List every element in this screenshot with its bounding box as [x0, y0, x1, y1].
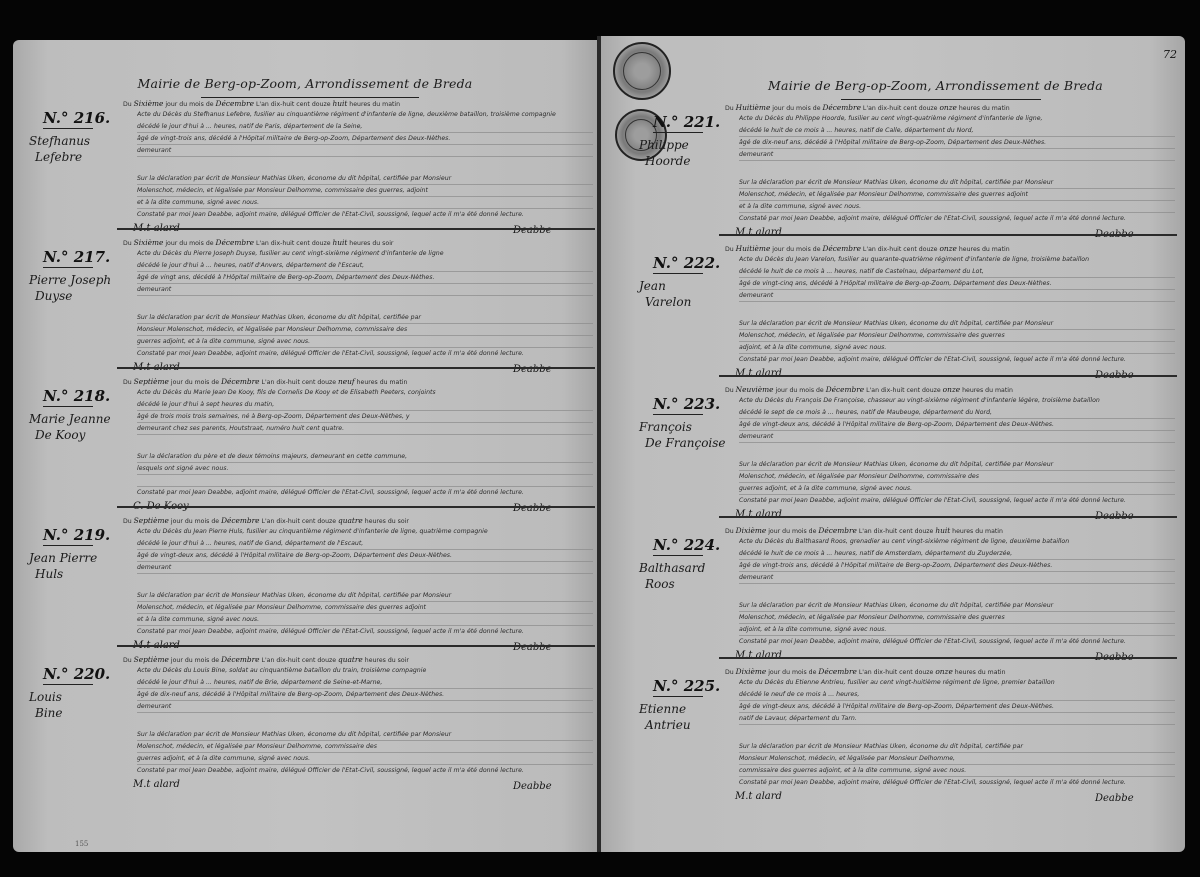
constat-line: Constaté par moi Jean Deabbe, adjoint ma… [739, 215, 1189, 222]
declarant-signature: M.t alard [735, 509, 782, 520]
constat-line: Constaté par moi Jean Deabbe, adjoint ma… [739, 497, 1189, 504]
declaration-line: adjoint, et à la dite commune, signé ave… [739, 626, 1189, 633]
declarant-signature: M.t alard [735, 791, 782, 802]
entry-age-line: âgé de vingt-trois ans, décédé à l'Hôpit… [137, 135, 607, 142]
declaration-line: Sur la déclaration par écrit de Monsieur… [137, 592, 607, 599]
entry-number: N.° 217. [43, 248, 110, 266]
registry-seal-stamp [613, 42, 671, 100]
entry-number-underline [43, 545, 93, 546]
entry-number: N.° 218. [43, 387, 110, 405]
entry-death-line: décédé le jour d'hui à ... heures, natif… [137, 540, 607, 547]
entry-residence-line: demeurant [739, 574, 1189, 581]
declaration-line: Molenschot, médecin, et légalisée par Mo… [739, 614, 1189, 621]
declaration-line: Sur la déclaration par écrit de Monsieur… [137, 314, 607, 321]
entry-act-line: Acte du Décès du Etienne Antrieu, fusili… [739, 679, 1189, 686]
deceased-name: LouisBine [29, 689, 63, 721]
entry-age-line: âgé de vingt-trois ans, décédé à l'Hôpit… [739, 562, 1189, 569]
entry-date-line: Du Septième jour du mois de Décembre L'a… [123, 377, 593, 386]
constat-line: Constaté par moi Jean Deabbe, adjoint ma… [739, 356, 1189, 363]
declaration-line: Molenschot, médecin, et légalisée par Mo… [137, 743, 607, 750]
entry-age-line: âgé de dix-neuf ans, décédé à l'Hôpital … [137, 691, 607, 698]
right-register-page: 72 Mairie de Berg-op-Zoom, Arrondissemen… [601, 36, 1185, 852]
constat-line: Constaté par moi Jean Deabbe, adjoint ma… [739, 638, 1189, 645]
register-entry: N.° 223. FrançoisDe Françoise Du Neuvièm… [601, 381, 1185, 522]
entry-act-line: Acte du Décès du Philippe Hoorde, fusili… [739, 115, 1189, 122]
entry-death-line: décédé le huit de ce mois à ... heures, … [739, 268, 1189, 275]
entry-number-underline [43, 128, 93, 129]
register-entry: N.° 219. Jean PierreHuls Du Septième jou… [13, 512, 597, 651]
register-entry: N.° 222. JeanVarelon Du Huitième jour du… [601, 240, 1185, 381]
declaration-line: guerres adjoint, et à la dite commune, s… [739, 485, 1189, 492]
entry-number: N.° 220. [43, 665, 110, 683]
entry-act-line: Acte du Décès du Jean Varelon, fusilier … [739, 256, 1189, 263]
declaration-line: Sur la déclaration du père et de deux té… [137, 453, 607, 460]
deceased-name: BalthasardRoos [639, 560, 705, 592]
deceased-name: EtienneAntrieu [639, 701, 691, 733]
constat-line: Constaté par moi Jean Deabbe, adjoint ma… [137, 767, 607, 774]
entry-age-line: âgé de vingt-deux ans, décédé à l'Hôpita… [739, 421, 1189, 428]
entry-act-line: Acte du Décès du Stefhanus Lefebre, fusi… [137, 111, 607, 118]
declaration-line: Monsieur Molenschot, médecin, et légalis… [137, 326, 607, 333]
entry-separator [117, 645, 595, 647]
entry-number: N.° 222. [653, 254, 720, 272]
entry-number: N.° 221. [653, 113, 720, 131]
declaration-line: et à la dite commune, signé avec nous. [137, 199, 607, 206]
entry-number-underline [653, 273, 703, 274]
page-note: 155 [75, 840, 88, 848]
constat-line: Constaté par moi Jean Deabbe, adjoint ma… [137, 350, 607, 357]
entry-residence-line: demeurant [137, 564, 607, 571]
declaration-line: Molenschot, médecin, et légalisée par Mo… [739, 473, 1189, 480]
register-entry: N.° 218. Marie JeanneDe Kooy Du Septième… [13, 373, 597, 512]
entry-age-line: âgé de dix-neuf ans, décédé à l'Hôpital … [739, 139, 1189, 146]
entry-act-line: Acte du Décès du Jean Pierre Huls, fusil… [137, 528, 607, 535]
entry-act-line: Acte du Décès du Pierre Joseph Duyse, fu… [137, 250, 607, 257]
folio-number: 72 [1163, 48, 1177, 61]
left-page-header: Mairie de Berg-op-Zoom, Arrondissement d… [13, 76, 597, 91]
declaration-line: Sur la déclaration par écrit de Monsieur… [137, 175, 607, 182]
officer-signature: Deabbe [513, 781, 552, 792]
entry-date-line: Du Sixième jour du mois de Décembre L'an… [123, 238, 593, 247]
entry-date-line: Du Huitième jour du mois de Décembre L'a… [725, 244, 1175, 253]
entry-separator [719, 657, 1177, 659]
entry-separator [117, 228, 595, 230]
deceased-name: JeanVarelon [639, 278, 691, 310]
entry-number-underline [653, 414, 703, 415]
register-entry: N.° 225. EtienneAntrieu Du Dixième jour … [601, 663, 1185, 804]
declaration-line: Sur la déclaration par écrit de Monsieur… [739, 461, 1189, 468]
entry-date-line: Du Neuvième jour du mois de Décembre L'a… [725, 385, 1175, 394]
entry-residence-line: demeurant chez ses parents, Houtstraat, … [137, 425, 607, 432]
declaration-line: Molenschot, médecin, et légalisée par Mo… [137, 604, 607, 611]
entry-act-line: Acte du Décès du Balthasard Roos, grenad… [739, 538, 1189, 545]
entry-age-line: âgé de vingt-deux ans, décédé à l'Hôpita… [739, 703, 1189, 710]
entry-death-line: décédé le huit de ce mois à ... heures, … [739, 127, 1189, 134]
entry-number: N.° 224. [653, 536, 720, 554]
declarant-signature: M.t alard [735, 227, 782, 238]
deceased-name: FrançoisDe Françoise [639, 419, 726, 451]
declaration-line: Molenschot, médecin, et légalisée par Mo… [137, 187, 607, 194]
entry-separator [719, 516, 1177, 518]
entry-separator [719, 234, 1177, 236]
entry-residence-line: demeurant [137, 286, 607, 293]
register-entry: N.° 221. PhilippeHoorde Du Huitième jour… [601, 99, 1185, 240]
entry-residence-line: demeurant [137, 703, 607, 710]
entry-act-line: Acte du Décès du Marie Jean De Kooy, fil… [137, 389, 607, 396]
declaration-line: guerres adjoint, et à la dite commune, s… [137, 338, 607, 345]
entry-number-underline [43, 267, 93, 268]
entry-residence-line: natif de Lavaur, département du Tarn. [739, 715, 1189, 722]
entry-date-line: Du Septième jour du mois de Décembre L'a… [123, 516, 593, 525]
entry-death-line: décédé le huit de ce mois à ... heures, … [739, 550, 1189, 557]
declaration-line: guerres adjoint, et à la dite commune, s… [137, 755, 607, 762]
entry-separator [117, 506, 595, 508]
declaration-line: Molenschot, médecin, et légalisée par Mo… [739, 332, 1189, 339]
register-entry: N.° 220. LouisBine Du Septième jour du m… [13, 651, 597, 790]
entry-age-line: âgé de vingt-cinq ans, décédé à l'Hôpita… [739, 280, 1189, 287]
entry-number: N.° 225. [653, 677, 720, 695]
entry-number-underline [653, 132, 703, 133]
entry-number: N.° 223. [653, 395, 720, 413]
entry-act-line: Acte du Décès du Louis Bine, soldat au c… [137, 667, 607, 674]
deceased-name: PhilippeHoorde [639, 137, 690, 169]
constat-line: Constaté par moi Jean Deabbe, adjoint ma… [137, 489, 607, 496]
declaration-line: et à la dite commune, signé avec nous. [137, 616, 607, 623]
declaration-line: Monsieur Molenschot, médecin, et légalis… [739, 755, 1189, 762]
entry-number-underline [653, 696, 703, 697]
entry-date-line: Du Dixième jour du mois de Décembre L'an… [725, 667, 1175, 676]
officer-signature: Deabbe [1095, 793, 1134, 804]
register-entry: N.° 216. StefhanusLefebre Du Sixième jou… [13, 95, 597, 234]
entry-date-line: Du Dixième jour du mois de Décembre L'an… [725, 526, 1175, 535]
declarant-signature: M.t alard [133, 779, 180, 790]
entry-residence-line: demeurant [739, 292, 1189, 299]
entry-age-line: âgé de vingt-deux ans, décédé à l'Hôpita… [137, 552, 607, 559]
declaration-line: adjoint, et à la dite commune, signé ave… [739, 344, 1189, 351]
entry-number: N.° 219. [43, 526, 110, 544]
entry-age-line: âgé de trois mois trois semaines, né à B… [137, 413, 607, 420]
entry-number: N.° 216. [43, 109, 110, 127]
right-page-header: Mairie de Berg-op-Zoom, Arrondissement d… [686, 78, 1185, 93]
declaration-line: commissaire des guerres adjoint, et à la… [739, 767, 1189, 774]
register-entry: N.° 224. BalthasardRoos Du Dixième jour … [601, 522, 1185, 663]
entry-separator [719, 375, 1177, 377]
constat-line: Constaté par moi Jean Deabbe, adjoint ma… [739, 779, 1189, 786]
entry-death-line: décédé le jour d'hui à ... heures, natif… [137, 262, 607, 269]
entry-death-line: décédé le sept de ce mois à ... heures, … [739, 409, 1189, 416]
declaration-line: Molenschot, médecin, et légalisée par Mo… [739, 191, 1189, 198]
declaration-line: et à la dite commune, signé avec nous. [739, 203, 1189, 210]
entry-residence-line: demeurant [137, 147, 607, 154]
constat-line: Constaté par moi Jean Deabbe, adjoint ma… [137, 628, 607, 635]
entry-age-line: âgé de vingt ans, décédé à l'Hôpital mil… [137, 274, 607, 281]
entry-date-line: Du Huitième jour du mois de Décembre L'a… [725, 103, 1175, 112]
entry-act-line: Acte du Décès du François De Françoise, … [739, 397, 1189, 404]
register-entry: N.° 217. Pierre JosephDuyse Du Sixième j… [13, 234, 597, 373]
entry-residence-line: demeurant [739, 151, 1189, 158]
declarant-signature: M.t alard [735, 650, 782, 661]
deceased-name: Jean PierreHuls [29, 550, 97, 582]
entry-residence-line: demeurant [739, 433, 1189, 440]
deceased-name: Marie JeanneDe Kooy [29, 411, 111, 443]
left-register-page: Mairie de Berg-op-Zoom, Arrondissement d… [13, 40, 597, 852]
entry-death-line: décédé le jour d'hui à ... heures, natif… [137, 123, 607, 130]
deceased-name: StefhanusLefebre [29, 133, 90, 165]
declaration-line: Sur la déclaration par écrit de Monsieur… [739, 320, 1189, 327]
entry-separator [117, 367, 595, 369]
entry-death-line: décédé le jour d'hui à ... heures, natif… [137, 679, 607, 686]
entry-date-line: Du Septième jour du mois de Décembre L'a… [123, 655, 593, 664]
entry-death-line: décédé le jour d'hui à sept heures du ma… [137, 401, 607, 408]
constat-line: Constaté par moi Jean Deabbe, adjoint ma… [137, 211, 607, 218]
deceased-name: Pierre JosephDuyse [29, 272, 111, 304]
declaration-line: Sur la déclaration par écrit de Monsieur… [739, 743, 1189, 750]
declaration-line: Sur la déclaration par écrit de Monsieur… [739, 602, 1189, 609]
entry-number-underline [43, 684, 93, 685]
entry-death-line: décédé le neuf de ce mois à ... heures, [739, 691, 1189, 698]
declaration-line: Sur la déclaration par écrit de Monsieur… [739, 179, 1189, 186]
entry-date-line: Du Sixième jour du mois de Décembre L'an… [123, 99, 593, 108]
declaration-line: lesquels ont signé avec nous. [137, 465, 607, 472]
declarant-signature: M.t alard [735, 368, 782, 379]
declaration-line: Sur la déclaration par écrit de Monsieur… [137, 731, 607, 738]
entry-number-underline [653, 555, 703, 556]
entry-number-underline [43, 406, 93, 407]
